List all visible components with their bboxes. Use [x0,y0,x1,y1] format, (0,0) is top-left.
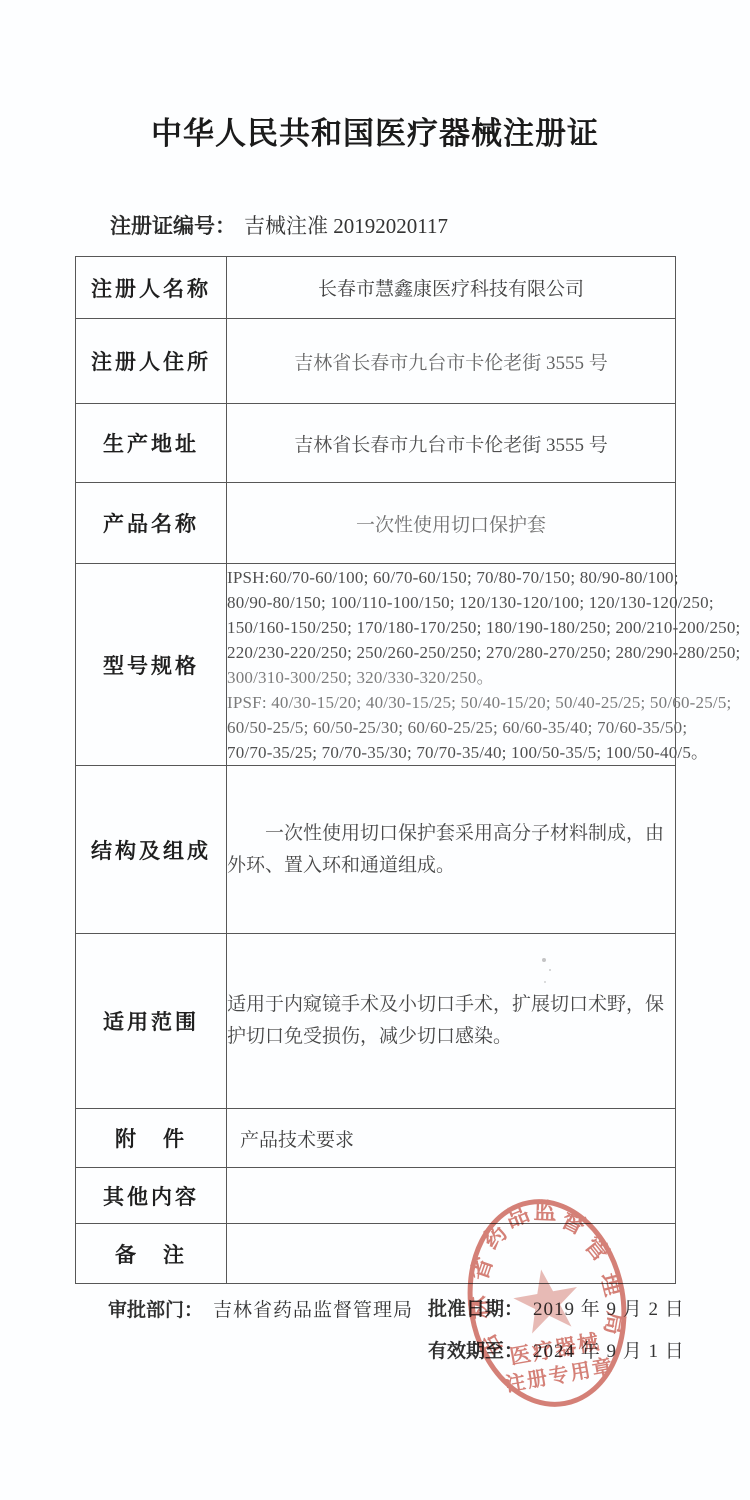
approval-date-value: 2019 年 9 月 2 日 [533,1299,685,1320]
table-row-production-address: 生产地址 吉林省长春市九台市卡伦老街 3555 号 [76,404,676,483]
row-label: 附 件 [76,1109,227,1168]
specs-line: 220/230-220/250; 250/260-250/250; 270/28… [227,640,675,665]
table-row-attachment: 附 件 产品技术要求 [76,1109,676,1168]
specs-line: IPSF: 40/30-15/20; 40/30-15/25; 50/40-15… [227,690,675,715]
scope-text: 适用于内窥镜手术及小切口手术，扩展切口术野，保护切口免受损伤，减少切口感染。 [227,989,675,1053]
approval-department-value: 吉林省药品监督管理局 [213,1300,413,1321]
specs-line: 80/90-80/150; 100/110-100/150; 120/130-1… [227,590,675,615]
specs-line: IPSH:60/70-60/100; 60/70-60/150; 70/80-7… [227,565,675,590]
structure-cell: 一次性使用切口保护套采用高分子材料制成，由外环、置入环和通道组成。 [227,766,676,934]
row-label: 型号规格 [76,564,227,766]
approval-date-line: 批准日期：2019 年 9 月 2 日 [428,1294,685,1321]
table-row-registrant-address: 注册人住所 吉林省长春市九台市卡伦老街 3555 号 [76,319,676,404]
certificate-title: 中华人民共和国医疗器械注册证 [0,108,750,153]
remarks-value [227,1224,676,1284]
certificate-page: 中华人民共和国医疗器械注册证 注册证编号：吉械注准 20192020117 注册… [0,0,750,1500]
table-row-structure: 结构及组成 一次性使用切口保护套采用高分子材料制成，由外环、置入环和通道组成。 [76,766,676,934]
row-value: 一次性使用切口保护套 [227,483,676,564]
row-value: 吉林省长春市九台市卡伦老街 3555 号 [227,319,676,404]
row-label: 其他内容 [76,1168,227,1224]
row-label: 注册人名称 [76,257,227,319]
table-row-registrant-name: 注册人名称 长春市慧鑫康医疗科技有限公司 [76,257,676,319]
specs-line: 150/160-150/250; 170/180-170/250; 180/19… [227,615,675,640]
approval-department-label: 审批部门： [108,1300,203,1321]
specs-line: 60/50-25/5; 60/50-25/30; 60/60-25/25; 60… [227,715,675,740]
row-label: 产品名称 [76,483,227,564]
row-label: 结构及组成 [76,766,227,934]
scan-smudge [542,958,546,962]
row-value: 吉林省长春市九台市卡伦老街 3555 号 [227,404,676,483]
row-value: 长春市慧鑫康医疗科技有限公司 [227,257,676,319]
registration-number-line: 注册证编号：吉械注准 20192020117 [110,210,448,240]
valid-until-label: 有效期至： [428,1341,523,1362]
row-label: 备 注 [76,1224,227,1284]
table-row-product-name: 产品名称 一次性使用切口保护套 [76,483,676,564]
table-row-remarks: 备 注 [76,1224,676,1284]
structure-text: 一次性使用切口保护套采用高分子材料制成，由外环、置入环和通道组成。 [227,818,675,882]
table-row-model-specs: 型号规格 IPSH:60/70-60/100; 60/70-60/150; 70… [76,564,676,766]
specs-line: 300/310-300/250; 320/330-320/250。 [227,665,675,690]
approval-date-label: 批准日期： [428,1299,523,1320]
model-specs-cell: IPSH:60/70-60/100; 60/70-60/150; 70/80-7… [227,564,676,766]
table-row-scope: 适用范围 适用于内窥镜手术及小切口手术，扩展切口术野，保护切口免受损伤，减少切口… [76,934,676,1109]
row-label: 适用范围 [76,934,227,1109]
valid-until-value: 2024 年 9 月 1 日 [533,1341,685,1362]
registration-table: 注册人名称 长春市慧鑫康医疗科技有限公司 注册人住所 吉林省长春市九台市卡伦老街… [75,256,676,1284]
table-row-other-content: 其他内容 [76,1168,676,1224]
scope-cell: 适用于内窥镜手术及小切口手术，扩展切口术野，保护切口免受损伤，减少切口感染。 [227,934,676,1109]
row-label: 生产地址 [76,404,227,483]
approval-department-line: 审批部门：吉林省药品监督管理局 [108,1295,413,1322]
registration-number-label: 注册证编号： [110,214,236,238]
other-content-value [227,1168,676,1224]
attachment-value: 产品技术要求 [227,1109,676,1168]
specs-line: 70/70-35/25; 70/70-35/30; 70/70-35/40; 1… [227,740,675,765]
row-label: 注册人住所 [76,319,227,404]
valid-until-line: 有效期至：2024 年 9 月 1 日 [428,1336,685,1363]
registration-number-value: 吉械注准 20192020117 [244,214,448,238]
